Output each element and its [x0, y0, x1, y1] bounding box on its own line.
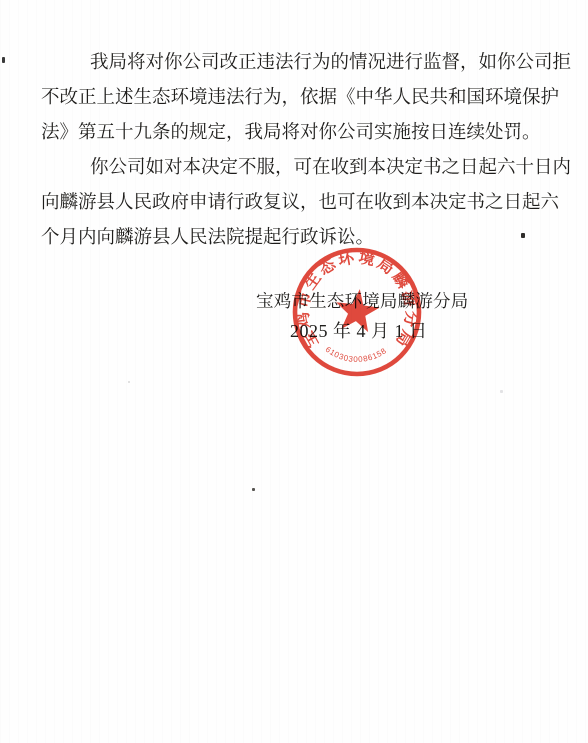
text-line: 法》第五十九条的规定，我局将对你公司实施按日连续处罚。	[41, 116, 556, 151]
ink-speck	[521, 233, 525, 238]
ink-speck	[128, 381, 130, 383]
text-line: 你公司如对本决定不服，可在收到本决定书之日起六十日内	[41, 151, 556, 186]
text-line: 我局将对你公司改正违法行为的情况进行监督，如你公司拒	[41, 46, 556, 81]
ink-speck	[252, 488, 255, 491]
body-text: 我局将对你公司改正违法行为的情况进行监督，如你公司拒 不改正上述生态环境违法行为…	[41, 46, 556, 256]
official-seal-stamp: 宝鸡市生态环境局麟游分局 6103030086158	[277, 232, 437, 392]
star-icon	[333, 287, 382, 334]
seal-code: 6103030086158	[324, 345, 389, 364]
text-line: 向麟游县人民政府申请行政复议，也可在收到本决定书之日起六	[41, 186, 556, 221]
ink-speck	[500, 390, 503, 393]
ink-speck	[2, 57, 5, 63]
document-page: 我局将对你公司改正违法行为的情况进行监督，如你公司拒 不改正上述生态环境违法行为…	[0, 0, 588, 743]
text-line: 不改正上述生态环境违法行为，依据《中华人民共和国环境保护	[41, 81, 556, 116]
paragraph: 我局将对你公司改正违法行为的情况进行监督，如你公司拒 不改正上述生态环境违法行为…	[41, 46, 556, 151]
